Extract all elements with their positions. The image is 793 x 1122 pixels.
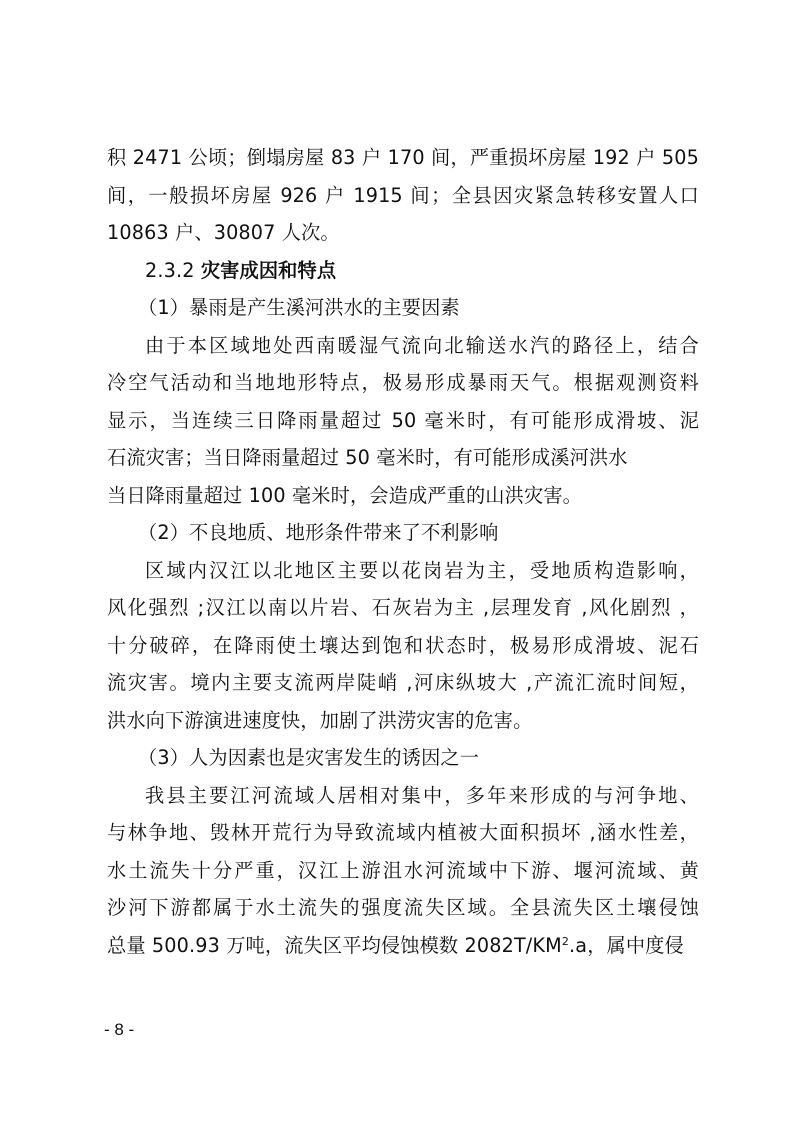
subsection-title: （2）不良地质、地形条件带来了不利影响 bbox=[138, 518, 692, 548]
paragraph-line: 石流灾害；当日降雨量超过 50 毫米时，有可能形成溪河洪水 bbox=[107, 443, 699, 473]
subsection-title: （3）人为因素也是灾害发生的诱因之一 bbox=[138, 743, 692, 773]
paragraph-line: 当日降雨量超过 100 毫米时，会造成严重的山洪灾害。 bbox=[107, 481, 699, 511]
paragraph-line: 间，一般损坏房屋 926 户 1915 间；全县因灾紧急转移安置人口 bbox=[107, 181, 699, 211]
paragraph-line: 我县主要江河流域人居相对集中，多年来形成的与河争地、 bbox=[145, 781, 699, 811]
section-number: 2.3.2 bbox=[145, 259, 195, 282]
section-title: 灾害成因和特点 bbox=[201, 259, 336, 282]
paragraph-line: 水土流失十分严重，汉江上游沮水河流域中下游、堰河流域、黄 bbox=[107, 856, 699, 886]
paragraph-line: 总量 500.93 万吨，流失区平均侵蚀模数 2082T/KM2.a，属中度侵 bbox=[107, 931, 699, 961]
paragraph-line: 10863 户、30807 人次。 bbox=[107, 218, 699, 248]
superscript: 2 bbox=[562, 935, 569, 948]
text-segment: .a，属中度侵 bbox=[569, 934, 684, 957]
paragraph-line: 由于本区域地处西南暖湿气流向北输送水汽的路径上，结合 bbox=[145, 331, 699, 361]
paragraph-line: 区域内汉江以北地区主要以花岗岩为主，受地质构造影响， bbox=[145, 556, 699, 586]
paragraph-line: 沙河下游都属于水土流失的强度流失区域。全县流失区土壤侵蚀 bbox=[107, 893, 699, 923]
paragraph-line: 流灾害。境内主要支流两岸陡峭 ,河床纵坡大 ,产流汇流时间短， bbox=[107, 668, 699, 698]
text-segment: 总量 500.93 万吨，流失区平均侵蚀模数 2082T/KM bbox=[107, 934, 562, 957]
paragraph-line: 积 2471 公顷；倒塌房屋 83 户 170 间，严重损坏房屋 192 户 5… bbox=[107, 143, 699, 173]
subsection-title: （1）暴雨是产生溪河洪水的主要因素 bbox=[138, 293, 692, 323]
document-page: 积 2471 公顷；倒塌房屋 83 户 170 间，严重损坏房屋 192 户 5… bbox=[0, 0, 793, 1122]
section-heading: 2.3.2 灾害成因和特点 bbox=[145, 256, 699, 286]
page-number: - 8 - bbox=[104, 1016, 134, 1044]
paragraph-line: 风化强烈 ;汉江以南以片岩、石灰岩为主 ,层理发育 ,风化剧烈 ， bbox=[107, 593, 699, 623]
paragraph-line: 与林争地、毁林开荒行为导致流域内植被大面积损坏 ,涵水性差， bbox=[107, 818, 699, 848]
paragraph-line: 显示，当连续三日降雨量超过 50 毫米时，有可能形成滑坡、泥 bbox=[107, 406, 699, 436]
paragraph-line: 冷空气活动和当地地形特点，极易形成暴雨天气。根据观测资料 bbox=[107, 368, 699, 398]
paragraph-line: 十分破碎，在降雨使土壤达到饱和状态时，极易形成滑坡、泥石 bbox=[107, 631, 699, 661]
paragraph-line: 洪水向下游演进速度快，加剧了洪涝灾害的危害。 bbox=[107, 706, 699, 736]
